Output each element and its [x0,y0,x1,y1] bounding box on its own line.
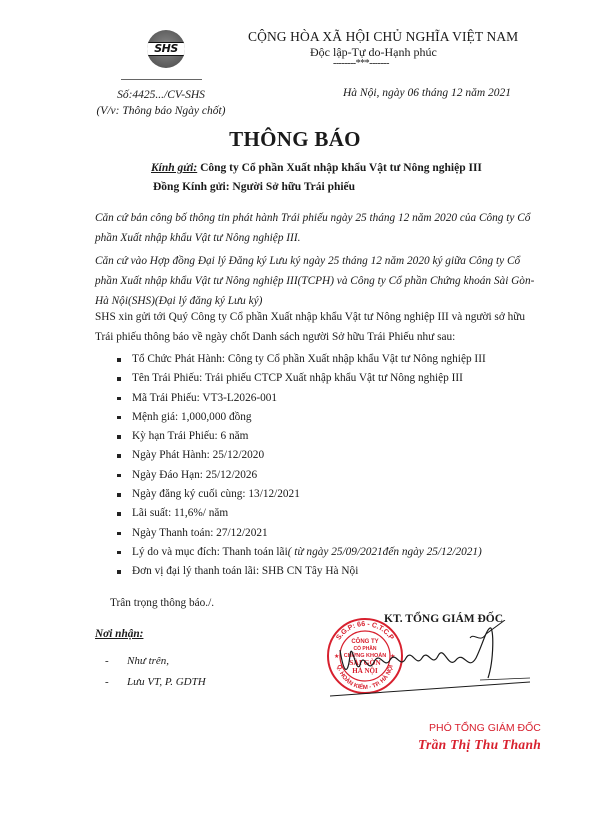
bond-detail-item: Lãi suất: 11,6%/ năm [115,504,486,523]
receiver-item: -Lưu VT, P. GDTH [105,672,206,693]
cc-line: Đồng Kính gửi: Người Sở hữu Trái phiếu [153,181,355,193]
doc-subject: (V/v: Thông báo Ngày chốt) [90,103,232,119]
signer-position: PHÓ TỔNG GIÁM ĐỐC [429,722,541,734]
receivers-label: Nơi nhận: [95,628,143,640]
doc-number: Số:4425.../CV-SHS [90,87,232,103]
shs-logo: SHS [147,30,185,68]
bond-detail-item: Tổ Chức Phát Hành: Công ty Cổ phần Xuất … [115,350,486,369]
bond-detail-item: Lý do và mục đích: Thanh toán lãi( từ ng… [115,543,486,562]
logo-text: SHS [147,42,185,56]
bond-detail-item: Tên Trái Phiếu: Trái phiếu CTCP Xuất nhậ… [115,369,486,388]
bond-detail-item: Đơn vị đại lý thanh toán lãi: SHB CN Tây… [115,562,486,581]
bond-detail-item: Ngày Thanh toán: 27/12/2021 [115,524,486,543]
page-title: THÔNG BÁO [0,127,590,152]
recipient-label: Kính gửi: [151,162,197,174]
closing-line: Trân trọng thông báo./. [110,597,214,609]
receiver-item: -Như trên, [105,651,206,672]
recipient-value: Công ty Cổ phần Xuất nhập khẩu Vật tư Nô… [197,162,482,174]
signer-name: Trần Thị Thu Thanh [418,737,541,753]
bond-detail-item: Ngày Phát Hành: 25/12/2020 [115,446,486,465]
basis-paragraph-1: Căn cứ bản công bố thông tin phát hành T… [95,208,535,248]
basis-paragraph-2: Căn cứ vào Hợp đồng Đại lý Đăng ký Lưu k… [95,251,535,311]
handwritten-signature [330,620,530,700]
bond-detail-item: Ngày đăng ký cuối cùng: 13/12/2021 [115,485,486,504]
separator: --------***------- [333,58,389,69]
bond-details-list: Tổ Chức Phát Hành: Công ty Cổ phần Xuất … [115,350,486,582]
receivers-list: -Như trên, -Lưu VT, P. GDTH [105,651,206,693]
issue-date: Hà Nội, ngày 06 tháng 12 năm 2021 [343,87,511,99]
bond-detail-item: Kỳ hạn Trái Phiếu: 6 năm [115,427,486,446]
bond-detail-item: Ngày Đáo Hạn: 25/12/2026 [115,466,486,485]
nation-heading: CỘNG HÒA XÃ HỘI CHỦ NGHĨA VIỆT NAM [248,29,518,45]
recipient-line: Kính gửi: Công ty Cổ phần Xuất nhập khẩu… [151,162,482,174]
bond-detail-item: Mệnh giá: 1,000,000 đồng [115,408,486,427]
logo-divider [121,79,202,80]
intro-paragraph: SHS xin gửi tới Quý Công ty Cổ phần Xuất… [95,307,535,347]
bond-detail-item: Mã Trái Phiếu: VT3-L2026-001 [115,389,486,408]
doc-reference: Số:4425.../CV-SHS (V/v: Thông báo Ngày c… [90,87,232,119]
